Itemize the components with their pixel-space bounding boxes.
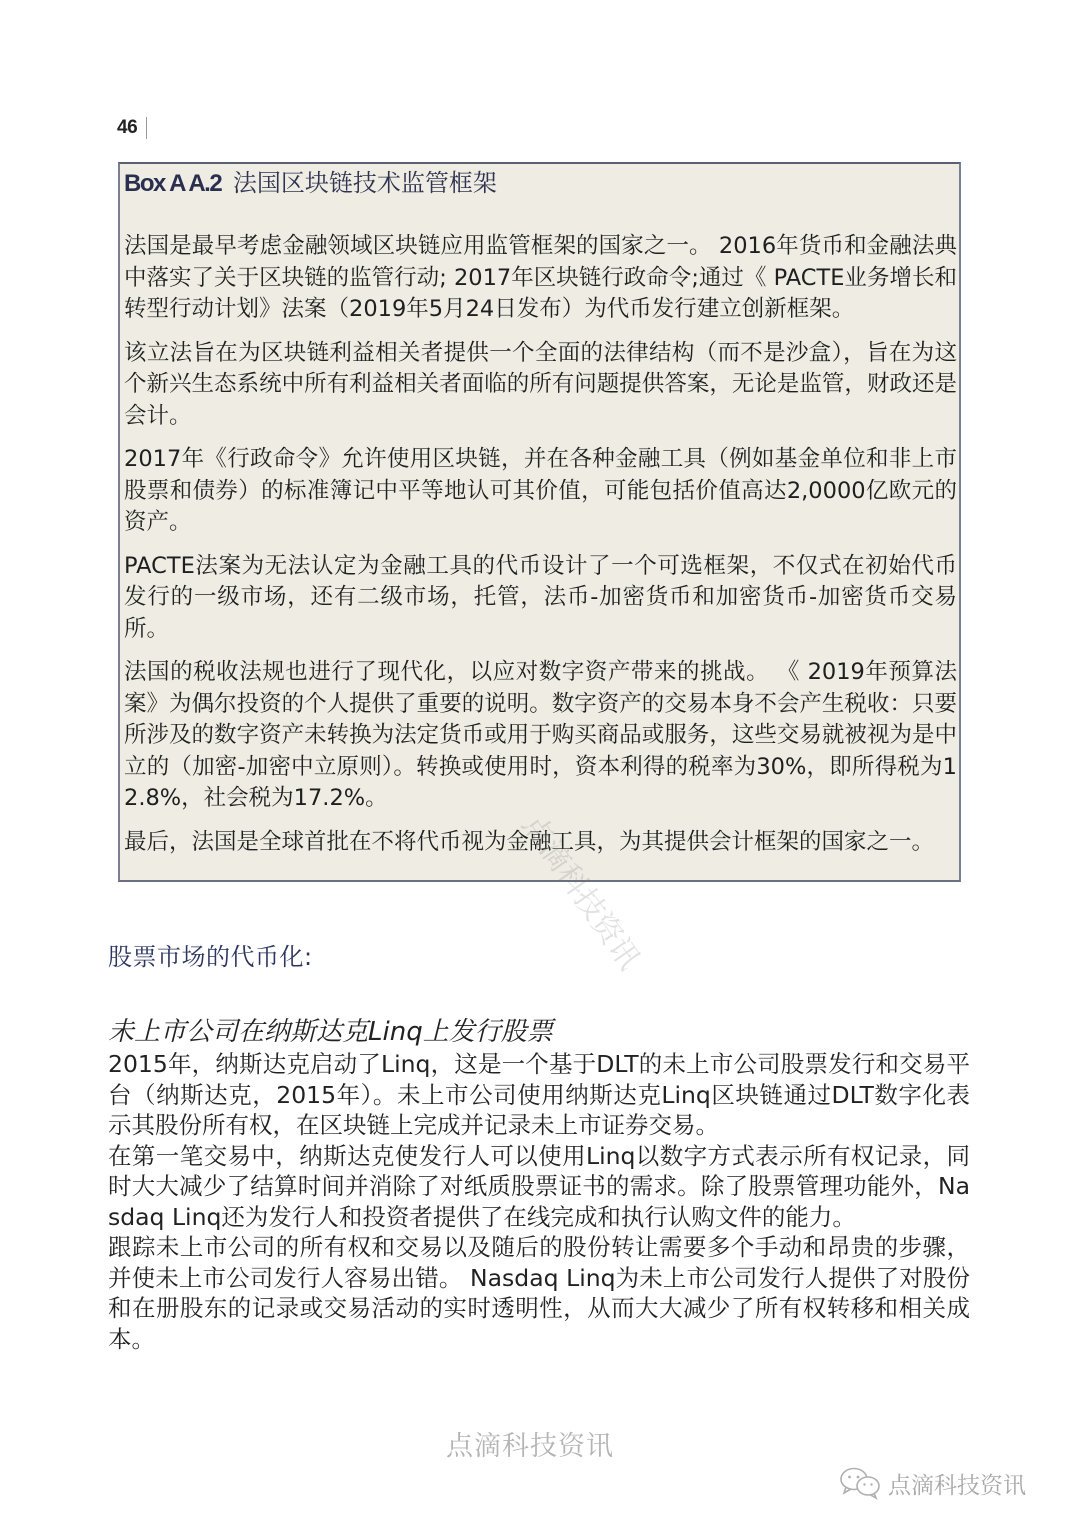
wechat-icon bbox=[838, 1466, 884, 1500]
box-paragraph: 2017年《行政命令》允许使用区块链，并在各种金融工具（例如基金单位和非上市股票… bbox=[124, 444, 959, 539]
subsection: 未上市公司在纳斯达克Linq上发行股票 2015年，纳斯达克启动了Linq，这是… bbox=[108, 1015, 970, 1354]
footer-watermark: 点滴科技资讯 bbox=[446, 1424, 614, 1463]
box-title: Box A A.2 法国区块链技术监管框架 bbox=[124, 166, 959, 201]
wechat-account-name: 点滴科技资讯 bbox=[888, 1467, 1026, 1500]
box-title-text: 法国区块链技术监管框架 bbox=[233, 169, 497, 197]
box-paragraph: 法国的税收法规也进行了现代化，以应对数字资产带来的挑战。 《 2019年预算法案… bbox=[124, 657, 959, 815]
box-paragraph: 该立法旨在为区块链利益相关者提供一个全面的法律结构（而不是沙盒），旨在为这个新兴… bbox=[124, 338, 959, 433]
body-paragraph: 2015年，纳斯达克启动了Linq，这是一个基于DLT的未上市公司股票发行和交易… bbox=[108, 1049, 970, 1141]
box-label: Box A A.2 bbox=[124, 170, 221, 197]
body-paragraph: 在第一笔交易中，纳斯达克使发行人可以使用Linq以数字方式表示所有权记录，同时大… bbox=[108, 1141, 970, 1233]
body-paragraph: 跟踪未上市公司的所有权和交易以及随后的股份转让需要多个手动和昂贵的步骤，并使未上… bbox=[108, 1232, 970, 1354]
section-heading: 股票市场的代币化: bbox=[108, 940, 313, 974]
page-number-divider bbox=[146, 117, 147, 139]
page-number: 46 bbox=[117, 117, 137, 139]
subsection-title: 未上市公司在纳斯达克Linq上发行股票 bbox=[108, 1015, 970, 1049]
box-paragraph: 法国是最早考虑金融领域区块链应用监管框架的国家之一。 2016年货币和金融法典中… bbox=[124, 231, 959, 326]
info-box: Box A A.2 法国区块链技术监管框架 法国是最早考虑金融领域区块链应用监管… bbox=[118, 162, 961, 882]
box-paragraph: 最后，法国是全球首批在不将代币视为金融工具，为其提供会计框架的国家之一。 bbox=[124, 827, 959, 859]
box-body: 法国是最早考虑金融领域区块链应用监管框架的国家之一。 2016年货币和金融法典中… bbox=[124, 231, 959, 858]
box-paragraph: PACTE法案为无法认定为金融工具的代币设计了一个可选框架，不仅式在初始代币发行… bbox=[124, 551, 959, 646]
wechat-account-tag: 点滴科技资讯 bbox=[838, 1466, 1026, 1500]
